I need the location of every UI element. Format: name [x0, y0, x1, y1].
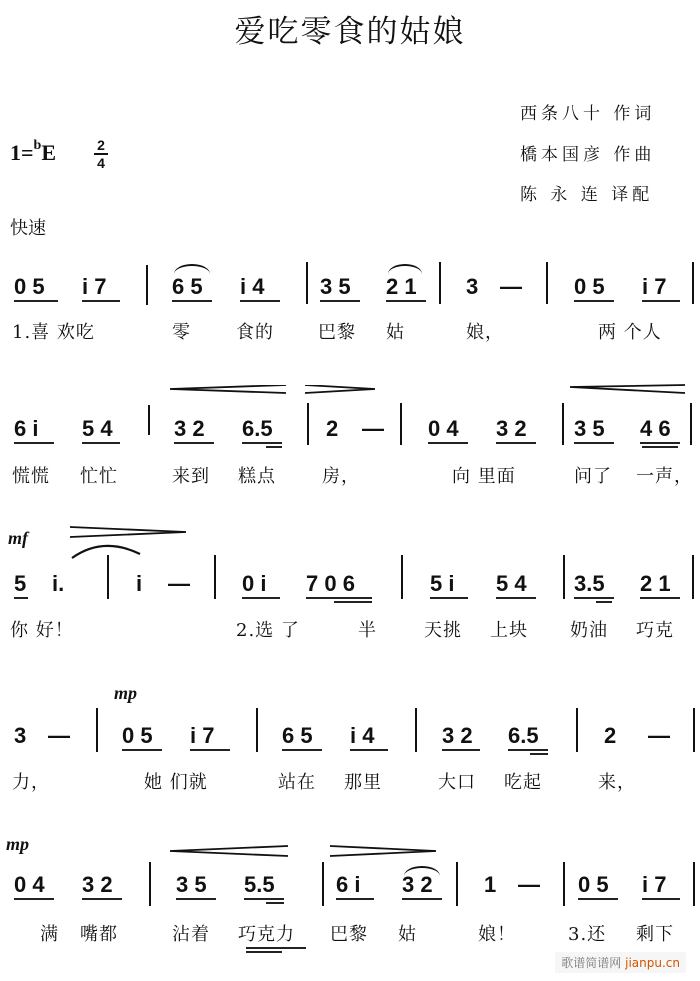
note-group: 4 6	[640, 417, 671, 441]
composer-credit: 橋本国彦 作曲	[520, 140, 655, 165]
barline	[307, 403, 309, 445]
dash: —	[362, 417, 384, 441]
note-group: 3 2	[82, 873, 113, 897]
lyric: 大口	[438, 768, 476, 794]
lyric: 站在	[278, 768, 316, 794]
dash: —	[500, 275, 522, 299]
barline	[562, 403, 564, 445]
note-group: 3 2	[496, 417, 527, 441]
lyric: 姑	[386, 318, 405, 344]
note-group: 5 4	[82, 417, 113, 441]
note-group: 6 i	[336, 873, 360, 897]
note-group: 0 5	[578, 873, 609, 897]
note-group: 0 4	[428, 417, 459, 441]
dash: —	[48, 724, 70, 748]
lyric: 剩下	[636, 920, 674, 946]
note-group: 3 2	[402, 873, 433, 897]
note-group: 3 5	[176, 873, 207, 897]
slur	[388, 264, 422, 274]
barline	[415, 708, 417, 752]
lyricist-credit: 西条八十 作词	[520, 99, 655, 124]
note-group: 6.5	[242, 417, 273, 441]
barline	[563, 862, 565, 906]
note-group: 3 5	[574, 417, 605, 441]
lyric: 嘴都	[80, 920, 118, 946]
note-group: 5 i	[430, 572, 454, 596]
barline	[214, 555, 216, 599]
note: 2	[604, 724, 616, 748]
note-group: 5.5	[244, 873, 275, 897]
lyric: 3.还	[568, 920, 606, 946]
note-group: 5 4	[496, 572, 527, 596]
note-group: 0 i	[242, 572, 266, 596]
barline	[148, 405, 150, 435]
barline	[401, 555, 403, 599]
note-group: i 4	[240, 275, 264, 299]
note-group: i 4	[350, 724, 374, 748]
watermark-text: 歌谱简谱网	[561, 956, 621, 970]
song-title: 爱吃零食的姑娘	[0, 6, 700, 51]
note-group: 6.5	[508, 724, 539, 748]
lyric: 2.选 了	[236, 616, 300, 642]
barline	[149, 862, 151, 906]
crescendo-decrescendo-hairpins	[168, 845, 438, 861]
key-signature: 1=bE 2 4	[10, 140, 56, 166]
lyric: 巴黎	[330, 920, 368, 946]
lyric: 巧克	[636, 616, 674, 642]
crescendo-decrescendo-hairpins	[170, 385, 380, 401]
note: 3	[466, 275, 478, 299]
lyric: 奶油	[570, 616, 608, 642]
dash: —	[518, 873, 540, 897]
lyric: 来，	[598, 768, 636, 794]
key-letter: E	[41, 140, 56, 165]
barline	[692, 262, 694, 304]
barline	[692, 555, 694, 599]
note-group: i 7	[190, 724, 214, 748]
lyric: 天挑	[424, 616, 462, 642]
lyric: 半	[358, 616, 377, 642]
note-group: 3.5	[574, 572, 605, 596]
translator-credit: 陈 永 连 译配	[520, 180, 653, 205]
barline	[400, 403, 402, 445]
note-group: 3 2	[174, 417, 205, 441]
lyric: 食的	[236, 318, 274, 344]
note-group: 6 5	[282, 724, 313, 748]
dynamic-mp: mp	[114, 683, 137, 704]
flat-sign: b	[34, 138, 42, 153]
note-group: 6 5	[172, 275, 203, 299]
lyric: 来到	[172, 462, 210, 488]
barline	[306, 262, 308, 304]
note-group: 0 4	[14, 873, 45, 897]
note-group: 2 1	[386, 275, 417, 299]
barline	[96, 708, 98, 752]
barline	[107, 555, 109, 599]
lyric: 力，	[12, 768, 50, 794]
lyric: 忙忙	[80, 462, 118, 488]
barline	[563, 555, 565, 599]
lyric: 满	[40, 920, 59, 946]
note-group: 0 5	[574, 275, 605, 299]
barline	[322, 862, 324, 906]
note: i	[136, 572, 142, 596]
note-group: 3 2	[442, 724, 473, 748]
dynamic-mp: mp	[6, 834, 29, 855]
tempo-marking: 快速	[10, 214, 46, 240]
time-bottom: 4	[97, 155, 105, 171]
time-signature: 2 4	[94, 138, 108, 170]
barline	[256, 708, 258, 752]
lyric: 那里	[344, 768, 382, 794]
dynamic-mf: mf	[8, 528, 28, 549]
lyric: 娘！	[478, 920, 516, 946]
note-dotted: i.	[52, 572, 64, 596]
note-group: 7 0 6	[306, 572, 355, 596]
key-prefix: 1=	[10, 140, 34, 165]
lyric: 零	[172, 318, 191, 344]
time-top: 2	[97, 137, 105, 153]
lyric: 吃起	[504, 768, 542, 794]
note-group: 3 5	[320, 275, 351, 299]
barline	[576, 708, 578, 752]
slur	[174, 264, 210, 274]
barline	[456, 862, 458, 906]
barline	[439, 262, 441, 304]
note-group: i 7	[642, 873, 666, 897]
barline	[546, 262, 548, 304]
lyric: 沾着	[172, 920, 210, 946]
crescendo-hairpin	[570, 384, 690, 398]
lyric: 房，	[322, 462, 360, 488]
lyric: 糕点	[238, 462, 276, 488]
lyric: 一声，	[636, 462, 693, 488]
lyric: 姑	[398, 920, 417, 946]
barline	[146, 265, 148, 305]
watermark: 歌谱简谱网 jianpu.cn	[555, 952, 686, 973]
note: 1	[484, 873, 496, 897]
note-group: i 7	[82, 275, 106, 299]
barline	[693, 708, 695, 752]
watermark-url: jianpu.cn	[625, 956, 680, 970]
dash: —	[168, 572, 190, 596]
lyric: 巧克力	[238, 920, 295, 946]
lyric: 1.喜 欢吃	[12, 318, 95, 344]
lyric: 你 好！	[10, 616, 74, 642]
lyric: 上块	[490, 616, 528, 642]
lyric: 问了	[574, 462, 612, 488]
note-group: 2 1	[640, 572, 671, 596]
note-group: i 7	[642, 275, 666, 299]
note-group: 6 i	[14, 417, 38, 441]
barline	[693, 862, 695, 906]
barline	[690, 403, 692, 445]
lyric: 巴黎	[318, 318, 356, 344]
note-group: 0 5	[122, 724, 153, 748]
note-group: 0 5	[14, 275, 45, 299]
lyric: 两 个人	[598, 318, 662, 344]
decrescendo-and-tie	[68, 526, 192, 562]
lyric: 她 们就	[144, 768, 208, 794]
dash: —	[648, 724, 670, 748]
lyric: 向 里面	[452, 462, 516, 488]
lyric: 慌慌	[12, 462, 50, 488]
note: 3	[14, 724, 26, 748]
lyric: 娘，	[466, 318, 504, 344]
note: 5	[14, 572, 26, 596]
note: 2	[326, 417, 338, 441]
